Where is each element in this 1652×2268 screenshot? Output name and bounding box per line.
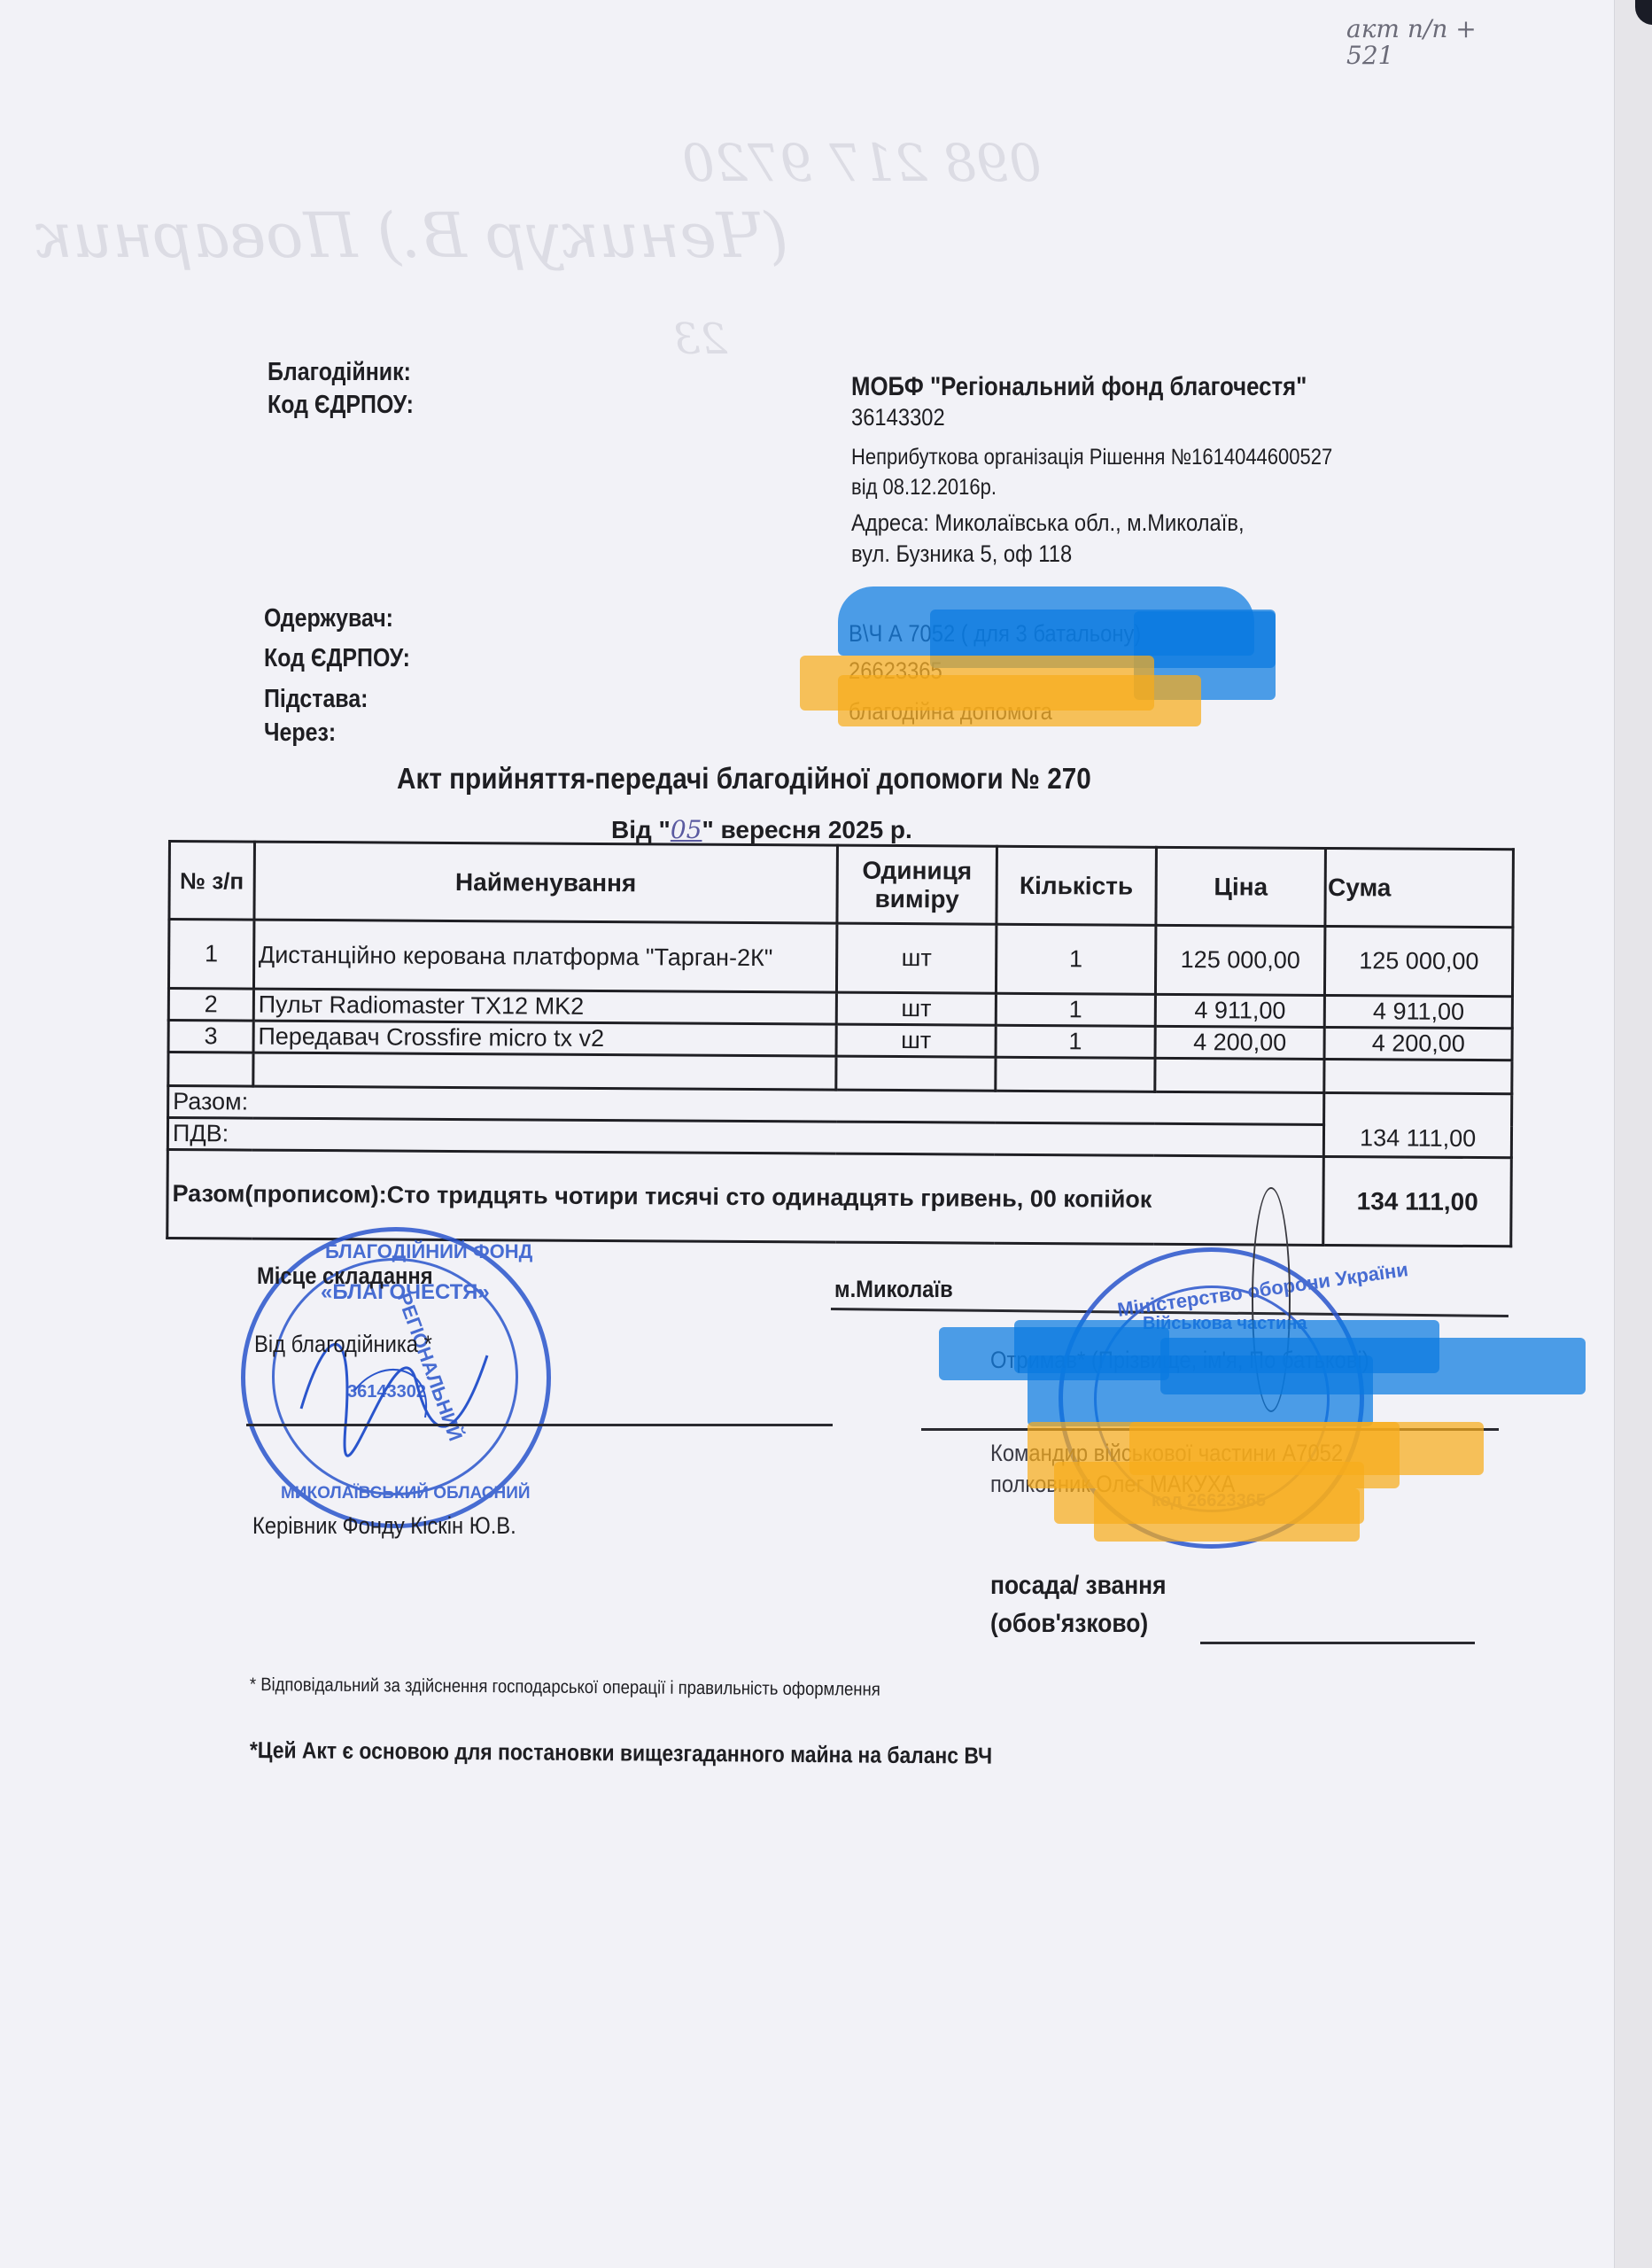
scanner-edge [1614, 0, 1652, 2268]
act-date-prefix: Від " [611, 816, 671, 843]
position-label-line1: посада/ звання [990, 1571, 1167, 1601]
row-price: 4 911,00 [1155, 994, 1325, 1027]
bleedthrough-number: 23 [673, 315, 727, 364]
row-qty: 1 [996, 1025, 1155, 1058]
row-num: 2 [168, 989, 253, 1021]
margin-note: акт п/п + 521 [1346, 16, 1477, 69]
col-header-unit: Одиниця виміру [837, 845, 997, 924]
donor-status-line2: від 08.12.2016р. [851, 475, 997, 501]
row-sum: 4 200,00 [1324, 1027, 1512, 1060]
redaction-blue [1028, 1355, 1373, 1426]
row-num: 1 [168, 920, 253, 990]
position-label-line2: (обов'язково) [990, 1609, 1148, 1639]
donor-signature [292, 1302, 505, 1462]
redaction-yellow [1094, 1488, 1360, 1542]
row-unit: шт [837, 923, 997, 993]
row-qty: 1 [996, 993, 1155, 1026]
col-header-price: Ціна [1156, 847, 1326, 926]
row-sum: 125 000,00 [1325, 926, 1513, 996]
donor-signature-line [246, 1424, 833, 1426]
redaction-yellow [838, 675, 1201, 726]
act-title: Акт прийняття-передачі благодійної допом… [397, 762, 1091, 796]
row-unit: шт [836, 1024, 996, 1057]
donor-status-line1: Неприбуткова організація Рішення №161404… [851, 445, 1332, 470]
scanner-corner [1635, 0, 1652, 25]
row-name: Пульт Radiomaster TX12 MK2 [253, 989, 837, 1024]
from-donor-label: Від благодійника * [254, 1331, 432, 1358]
recipient-edrpou-label: Код ЄДРПОУ: [264, 644, 410, 673]
recipient-via-label: Через: [264, 718, 336, 748]
table-header-row: № з/п Найменування Одиниця виміру Кількі… [169, 842, 1514, 928]
row-unit: шт [836, 992, 996, 1025]
col-header-sum: Сума [1325, 848, 1513, 927]
donor-signer: Керівник Фонду Кіскін Ю.В. [252, 1512, 516, 1540]
place-label: Місце складання [257, 1262, 433, 1290]
total-value: 134 111,00 [1324, 1092, 1512, 1157]
donor-address-line1: Адреса: Миколаївська обл., м.Миколаїв, [851, 509, 1245, 537]
col-header-qty: Кількість [997, 846, 1156, 925]
act-date: Від "05" вересня 2025 р. [611, 815, 912, 844]
col-header-num: № з/п [169, 842, 254, 920]
row-name: Передавач Crossfire micro tx v2 [253, 1021, 837, 1056]
row-sum: 4 911,00 [1325, 995, 1513, 1028]
row-price: 4 200,00 [1155, 1026, 1325, 1059]
scanned-page: акт п/п + 521 098 217 9720 (Ченикур В.) … [0, 0, 1614, 2268]
footnote-responsible: * Відповідальний за здійснення господарс… [250, 1674, 880, 1701]
footnote-balance: *Цей Акт є основою для постановки вищезг… [250, 1736, 992, 1770]
bleedthrough-name: (Ченикур В.) Поварник [35, 199, 788, 272]
items-table: № з/п Найменування Одиниця виміру Кількі… [166, 840, 1515, 1247]
place-value: м.Миколаїв [834, 1276, 953, 1303]
margin-note-line1: акт п/п + [1346, 16, 1477, 43]
total-in-words: Разом(прописом):Сто тридцять чотири тися… [167, 1150, 1324, 1246]
total-in-words-value: 134 111,00 [1323, 1156, 1511, 1246]
recipient-label: Одержувач: [264, 604, 393, 633]
row-name: Дистанційно керована платформа "Тарган-2… [253, 920, 837, 992]
act-date-day: 05 [671, 815, 702, 844]
col-header-name: Найменування [254, 842, 838, 923]
donor-stamp-bottom-text: МИКОЛАЇВСЬКИЙ ОБЛАСНИЙ [281, 1484, 531, 1503]
recipient-basis-label: Підстава: [264, 685, 368, 714]
donor-stamp-top-text: БЛАГОДІЙНИЙ ФОНД [325, 1240, 532, 1263]
row-qty: 1 [996, 924, 1155, 994]
donor-address-line2: вул. Бузника 5, оф 118 [851, 540, 1072, 568]
act-date-suffix: " вересня 2025 р. [702, 816, 911, 843]
table-row: 1 Дистанційно керована платформа "Тарган… [168, 920, 1512, 997]
bleedthrough-phone: 098 217 9720 [682, 133, 1042, 193]
donor-name: МОБФ "Регіональний фонд благочестя" [851, 372, 1307, 402]
donor-label: Благодійник: [268, 358, 411, 387]
donor-edrpou-label: Код ЄДРПОУ: [268, 391, 414, 420]
donor-edrpou: 36143302 [851, 404, 945, 431]
row-price: 125 000,00 [1155, 925, 1325, 995]
margin-note-line2: 521 [1346, 43, 1477, 69]
position-underline [1200, 1642, 1475, 1644]
row-num: 3 [168, 1021, 253, 1053]
